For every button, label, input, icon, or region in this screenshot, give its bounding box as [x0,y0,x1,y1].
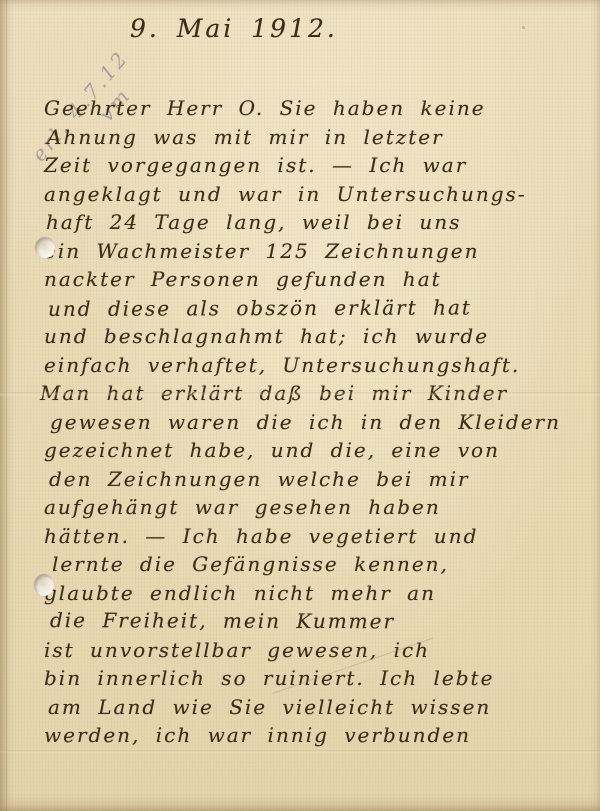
handwritten-line: ist unvorstellbar gewesen, ich [44,636,570,665]
handwritten-line: aufgehängt war gesehen haben [44,493,570,522]
handwritten-line: haft 24 Tage lang, weil bei uns [46,208,570,237]
handwritten-line: werden, ich war innig verbunden [44,721,570,750]
handwritten-line: bin innerlich so ruiniert. Ich lebte [44,664,570,693]
handwritten-line: und diese als obszön erklärt hat [48,293,570,323]
punch-hole-top [35,237,55,258]
handwritten-line: hätten. — Ich habe vegetiert und [44,522,570,551]
handwritten-line: gezeichnet habe, und die, eine von [44,436,570,465]
letter-body: Geehrter Herr O. Sie haben keineAhnung w… [44,94,570,750]
paper-speck [522,26,525,29]
handwritten-line: ein Wachmeister 125 Zeichnungen [44,237,570,266]
handwritten-line: Geehrter Herr O. Sie haben keine [44,94,570,123]
punch-hole-bottom [34,574,54,596]
handwritten-line: Man hat erklärt daß bei mir Kinder [40,379,570,408]
handwritten-line: die Freiheit, mein Kummer [50,606,570,636]
handwritten-line: und beschlagnahmt hat; ich wurde [44,322,570,351]
handwritten-line: Ahnung was mit mir in letzter [47,123,570,152]
handwritten-line: nackter Personen gefunden hat [44,265,570,294]
letter-page: erl. 4.7.12 vm 9. Mai 1912. Geehrter Her… [0,0,600,811]
paper-edge-crease [6,0,7,811]
handwritten-line: den Zeichnungen welche bei mir [49,465,570,494]
handwritten-line: lernte die Gefängnisse kennen, [52,550,570,579]
handwritten-line: einfach verhaftet, Untersuchungshaft. [44,351,570,380]
handwritten-line: am Land wie Sie vielleicht wissen [48,693,570,722]
letter-date: 9. Mai 1912. [130,14,338,43]
handwritten-line: gewesen waren die ich in den Kleidern [50,408,570,437]
fold-crease-bottom [0,750,600,753]
handwritten-line: angeklagt und war in Untersuchungs- [44,180,570,209]
handwritten-line: glaubte endlich nicht mehr an [44,579,570,608]
handwritten-line: Zeit vorgegangen ist. — Ich war [44,151,570,180]
